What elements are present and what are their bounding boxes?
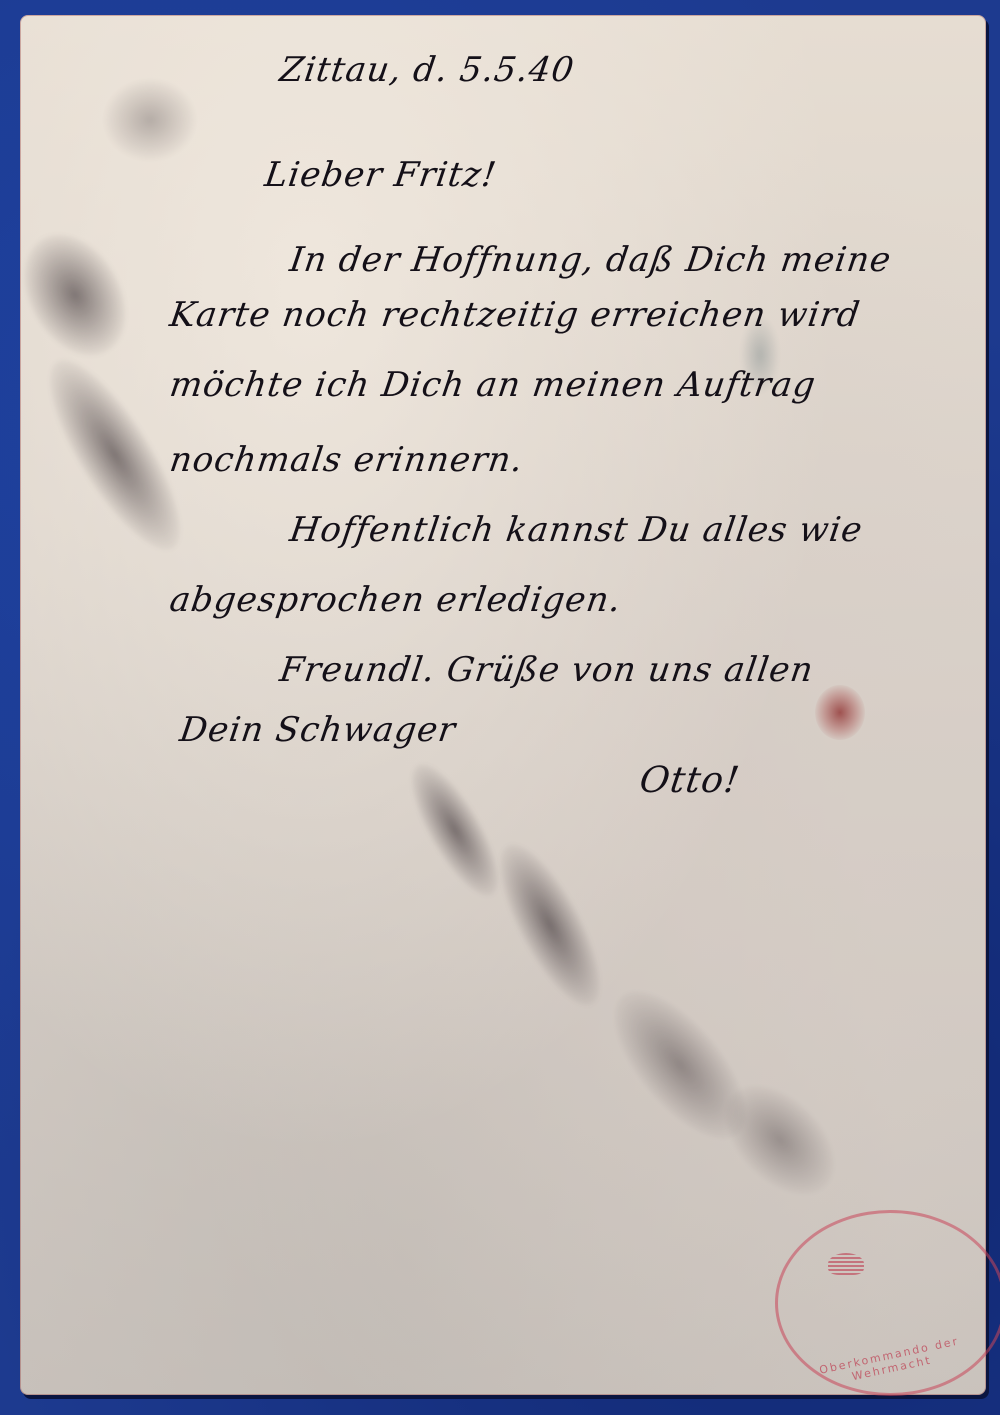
- body-line: nochmals erinnern.: [167, 440, 526, 480]
- red-stain: [815, 685, 865, 740]
- smudge-diagonal-1: [396, 753, 514, 908]
- stamp-text: Oberkommando der Wehrmacht: [778, 1326, 1000, 1398]
- eagle-emblem-icon: [828, 1253, 864, 1275]
- closing: Dein Schwager: [177, 710, 458, 750]
- body-line: Hoffentlich kannst Du alles wie: [287, 510, 865, 550]
- smudge-diagonal-4: [706, 1066, 854, 1214]
- stain-top-left: [105, 80, 195, 160]
- salutation: Lieber Fritz!: [262, 155, 499, 195]
- smudge-diagonal-2: [481, 831, 618, 1018]
- body-line: Karte noch rechtzeitig erreichen wird: [167, 295, 863, 335]
- body-line: möchte ich Dich an meinen Auftrag: [167, 365, 818, 405]
- body-line: In der Hoffnung, daß Dich meine: [287, 240, 894, 280]
- body-line: abgesprochen erledigen.: [167, 580, 624, 620]
- censor-stamp: Oberkommando der Wehrmacht: [775, 1210, 1000, 1396]
- body-line: Freundl. Grüße von uns allen: [277, 650, 816, 690]
- place-date: Zittau, d. 5.5.40: [277, 50, 577, 90]
- signature: Otto!: [637, 760, 742, 801]
- postcard: Zittau, d. 5.5.40 Lieber Fritz! In der H…: [20, 15, 986, 1395]
- smudge-left-1: [4, 216, 147, 374]
- smudge-diagonal-3: [592, 970, 769, 1159]
